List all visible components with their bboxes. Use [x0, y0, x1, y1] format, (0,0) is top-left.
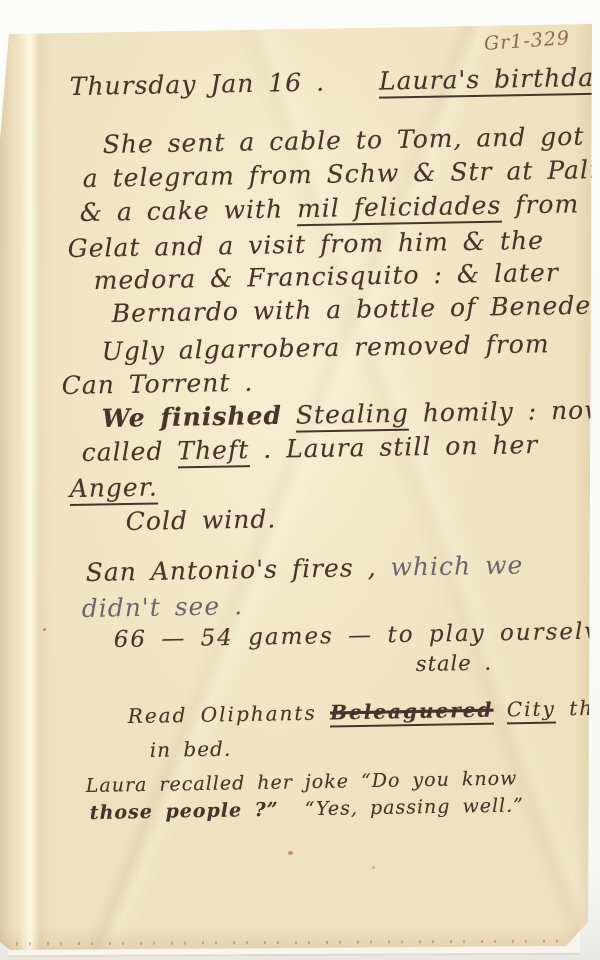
diary-line: medora & Francisquito : & later: [93, 258, 559, 295]
scan-background: Gr1-329 Thursday Jan 16 .Laura's birthda…: [0, 0, 600, 960]
text-segment: 66 — 54 games — to play ourselves: [114, 618, 600, 653]
underlined-text: City: [507, 697, 557, 725]
diary-line: Can Torrent .: [61, 368, 253, 400]
foxing-speck: [288, 851, 293, 855]
diary-line-date: Thursday Jan 16 .Laura's birthday: [69, 63, 600, 101]
text-segment: Read Oliphants: [128, 701, 317, 728]
struck-underlined-text: Beleaguered: [330, 698, 494, 728]
diary-line: She sent a cable to Tom, and got: [102, 122, 584, 159]
text-segment: from: [515, 189, 579, 219]
diary-line: Ugly algarrobera removed from: [101, 329, 549, 366]
diary-line: didn't see .: [81, 591, 243, 623]
diary-line-joke: Laura recalled her joke “Do you know: [86, 767, 518, 797]
text-segment: Cold wind.: [125, 504, 276, 536]
text-segment: San Antonio's fires ,: [85, 553, 376, 587]
archive-label: Gr1-329: [483, 27, 570, 55]
text-segment: She sent a cable to Tom, and got: [102, 122, 584, 159]
overwritten-text: those people ?”: [90, 799, 279, 824]
underlined-text: mil felicidades: [297, 191, 502, 227]
diary-line: Gelat and a visit from him & the: [67, 226, 544, 263]
underlined-text: Stealing: [296, 399, 410, 433]
text-segment: medora & Francisquito : & later: [93, 258, 559, 295]
diary-line: a telegram from Schw & Str at Palma: [82, 154, 600, 193]
text-segment: . Laura still on her: [263, 430, 539, 464]
diary-line: Anger.: [69, 472, 158, 503]
diary-line: called Theft . Laura still on her: [81, 430, 538, 467]
foxing-speck: [372, 866, 375, 869]
text-segment: stale .: [416, 651, 493, 676]
underlined-text: Anger.: [69, 472, 158, 506]
diary-line: & a cake with mil felicidades from: [79, 189, 579, 227]
light-ink-text: didn't see .: [81, 591, 243, 623]
diary-page: Gr1-329 Thursday Jan 16 .Laura's birthda…: [0, 0, 600, 960]
text-segment: Can Torrent .: [61, 368, 253, 400]
text-segment: Ugly algarrobera removed from: [101, 329, 549, 366]
text-segment: a telegram from Schw & Str at Palma: [82, 154, 600, 193]
text-segment: Gelat and a visit from him & the: [67, 226, 544, 263]
text-segment: Laura recalled her joke “Do you know: [86, 767, 518, 797]
underlined-text: Theft: [177, 435, 249, 468]
foxing-speck: [43, 628, 46, 631]
diary-line: in bed.: [150, 737, 232, 762]
diary-line: stale .: [416, 651, 493, 676]
text-segment: called: [81, 437, 163, 467]
diary-line: We finished Stealing homily : now: [101, 395, 600, 433]
birthday-title: Laura's birthday: [379, 63, 600, 99]
light-ink-text: which we: [390, 550, 523, 581]
overwritten-text: We finished: [101, 401, 282, 433]
diary-line: San Antonio's fires , which we: [85, 550, 523, 587]
text-segment: & a cake with: [79, 194, 283, 227]
diary-line-joke: those people ?” “Yes, passing well.”: [90, 794, 524, 824]
text-segment: through: [569, 695, 600, 721]
diary-line: Bernardo with a bottle of Benedetto .: [111, 290, 600, 328]
diary-line: Cold wind.: [125, 504, 276, 536]
text-segment: in bed.: [150, 737, 232, 762]
date-heading: Thursday Jan 16 .: [69, 68, 325, 101]
text-segment: homily : now: [423, 395, 600, 427]
diary-line-reading: Read Oliphants Beleaguered City through: [128, 695, 600, 728]
diary-line-games: 66 — 54 games — to play ourselves: [114, 618, 600, 653]
text-segment: Bernardo with a bottle of Benedetto .: [111, 290, 600, 328]
text-segment: “Yes, passing well.”: [305, 794, 524, 820]
